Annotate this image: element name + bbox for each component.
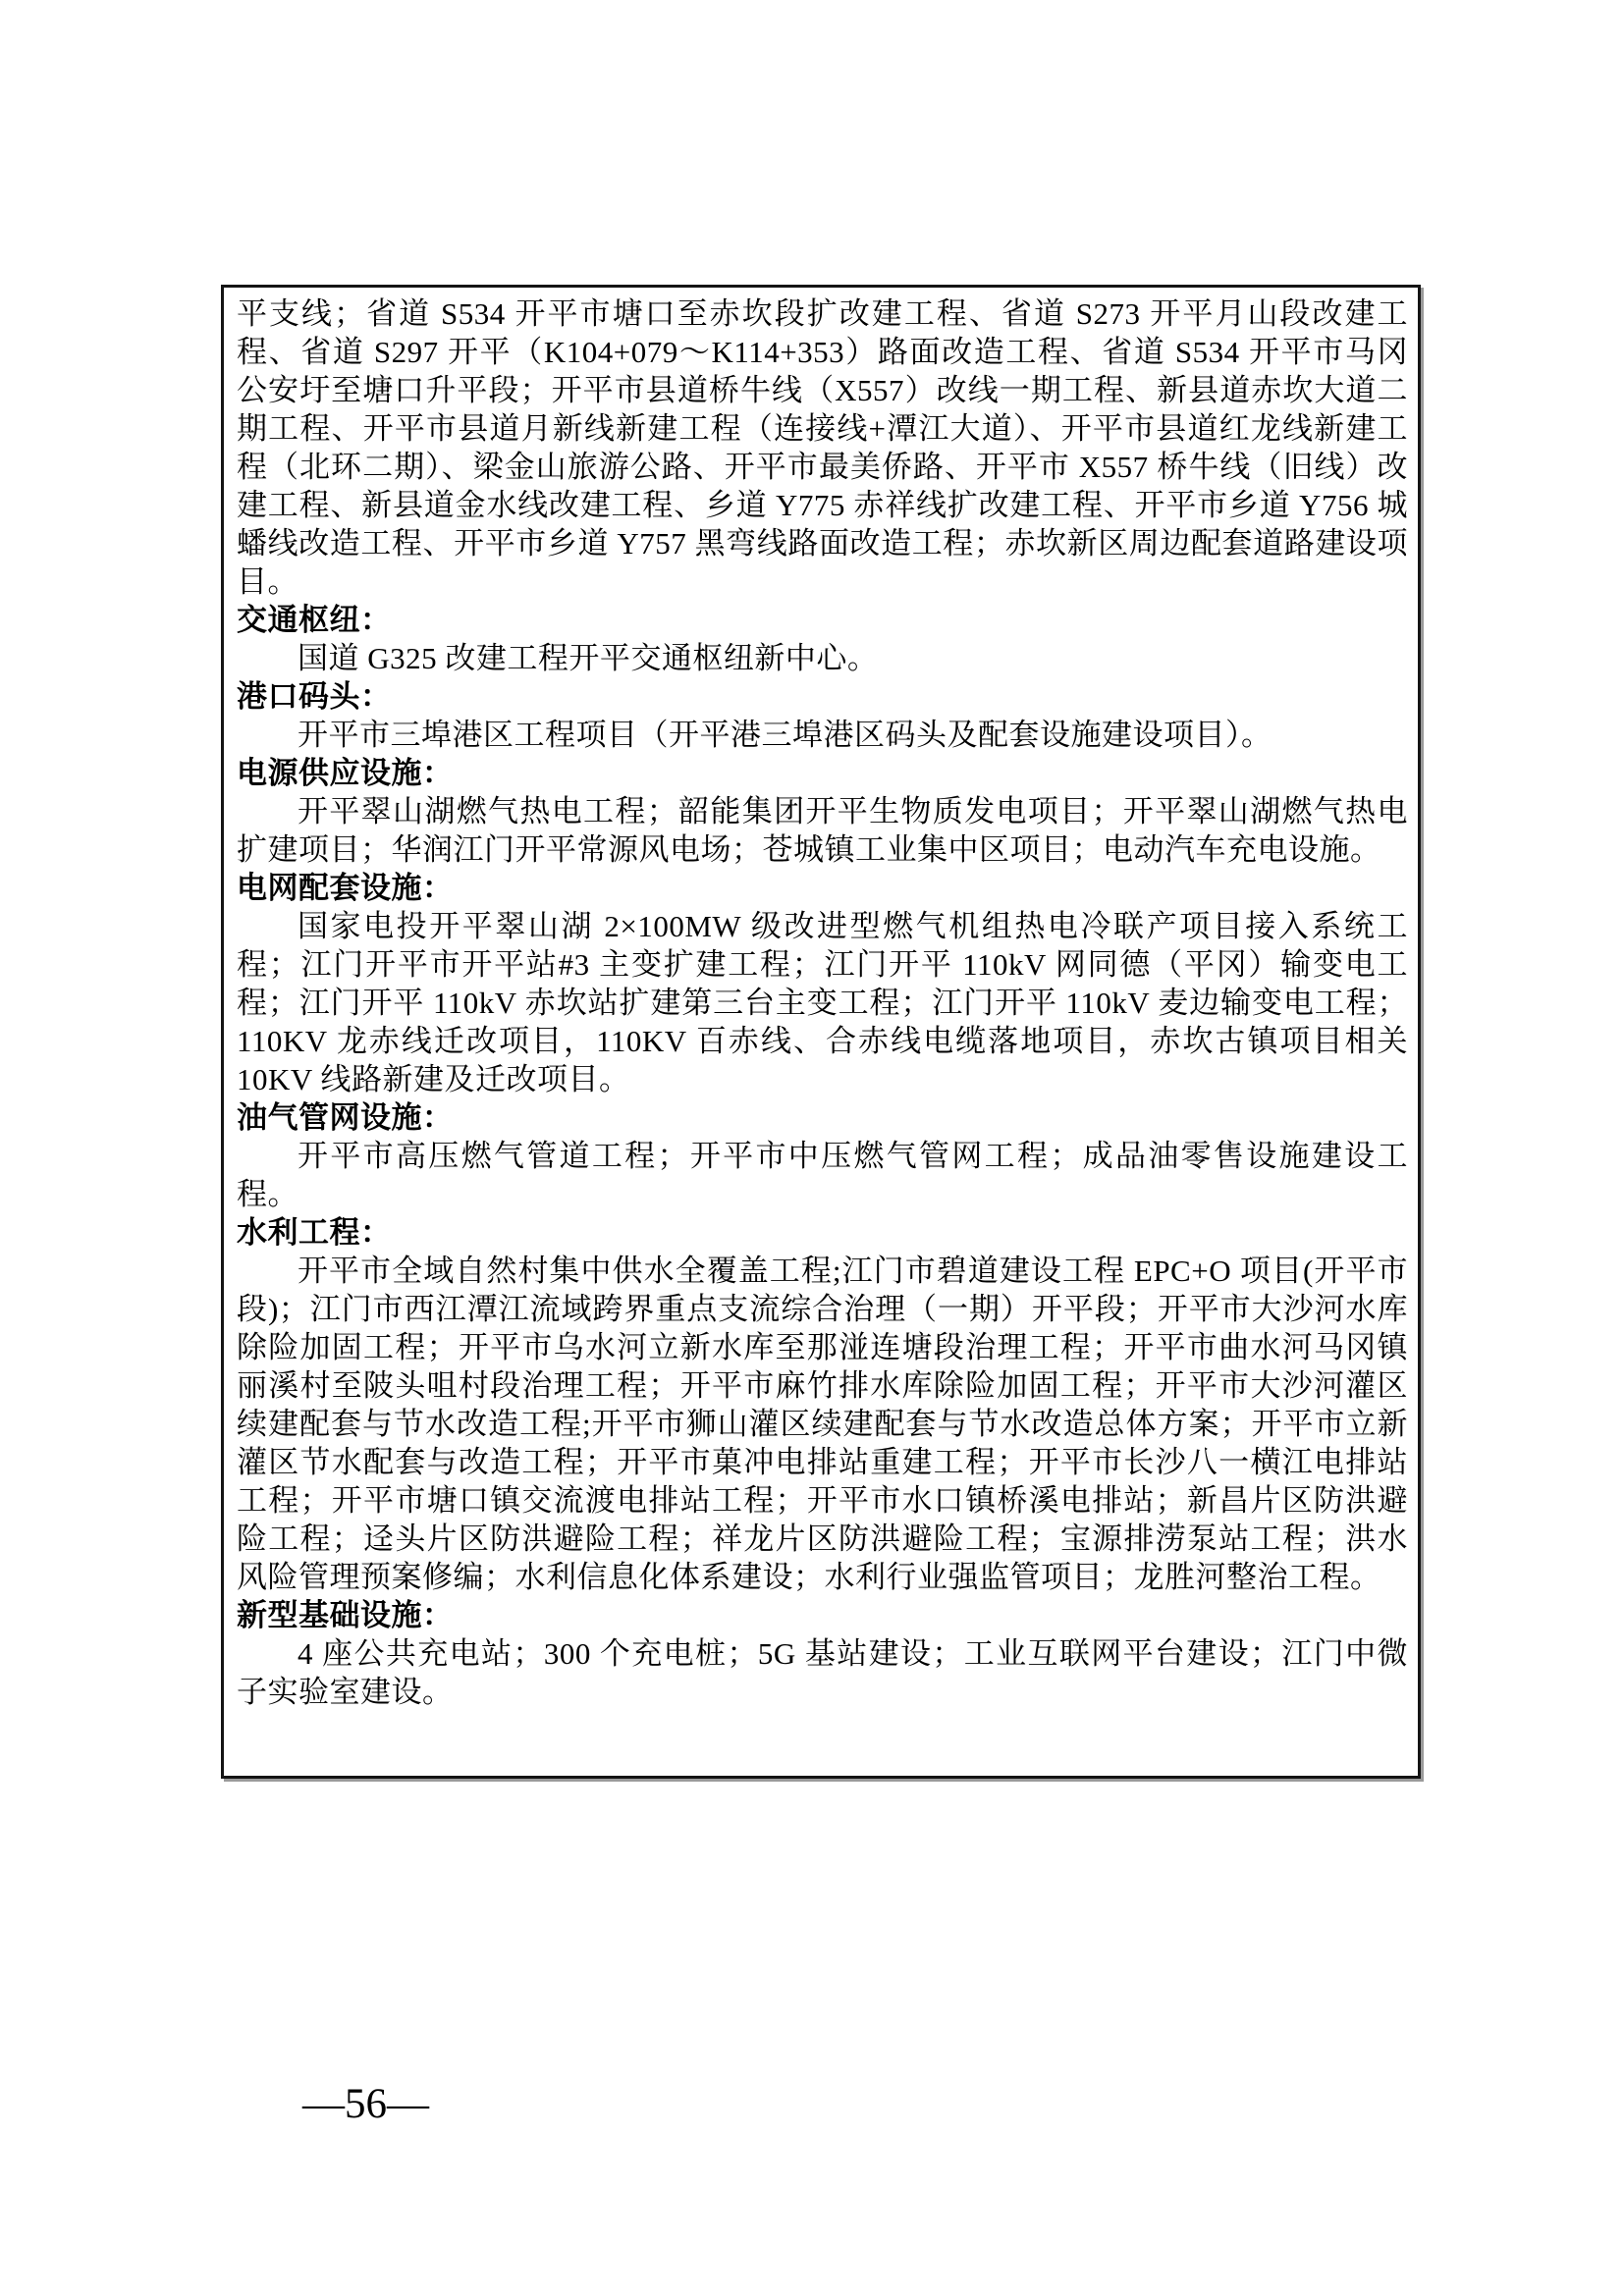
section-heading: 水利工程： <box>237 1213 1408 1252</box>
paragraph: 开平市高压燃气管道工程；开平市中压燃气管网工程；成品油零售设施建设工程。 <box>237 1137 1408 1213</box>
paragraph: 开平翠山湖燃气热电工程；韶能集团开平生物质发电项目；开平翠山湖燃气热电扩建项目；… <box>237 792 1408 869</box>
section-heading: 电源供应设施： <box>237 754 1408 792</box>
section-heading: 电网配套设施： <box>237 869 1408 907</box>
paragraph: 平支线；省道 S534 开平市塘口至赤坎段扩改建工程、省道 S273 开平月山段… <box>237 294 1408 601</box>
document-page: 平支线；省道 S534 开平市塘口至赤坎段扩改建工程、省道 S273 开平月山段… <box>0 0 1624 2296</box>
section-heading: 新型基础设施： <box>237 1596 1408 1634</box>
project-list-table-cell: 平支线；省道 S534 开平市塘口至赤坎段扩改建工程、省道 S273 开平月山段… <box>221 285 1421 1779</box>
paragraph: 国家电投开平翠山湖 2×100MW 级改进型燃气机组热电冷联产项目接入系统工程；… <box>237 907 1408 1098</box>
section-heading: 油气管网设施： <box>237 1098 1408 1137</box>
section-heading: 港口码头： <box>237 677 1408 716</box>
paragraph: 开平市全域自然村集中供水全覆盖工程;江门市碧道建设工程 EPC+O 项目(开平市… <box>237 1252 1408 1596</box>
page-number: —56— <box>302 2081 429 2128</box>
paragraph: 开平市三埠港区工程项目（开平港三埠港区码头及配套设施建设项目）。 <box>237 716 1408 754</box>
paragraph: 国道 G325 改建工程开平交通枢纽新中心。 <box>237 639 1408 677</box>
paragraph: 4 座公共充电站；300 个充电桩；5G 基站建设；工业互联网平台建设；江门中微… <box>237 1634 1408 1711</box>
section-heading: 交通枢纽： <box>237 601 1408 639</box>
